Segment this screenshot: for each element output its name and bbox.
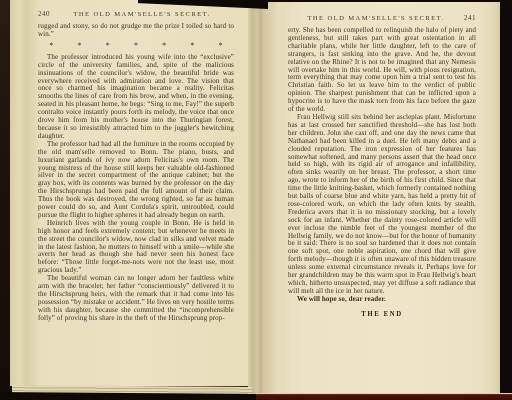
left-page-number: 240 xyxy=(38,10,50,18)
left-page-body: rugged and stony, so do not grudge me th… xyxy=(38,23,234,323)
bottom-cover-edge xyxy=(256,393,512,400)
right-page: THE OLD MAM'SELLE'S SECRET. 241 erty. Sh… xyxy=(266,2,500,394)
the-end-label: THE END xyxy=(288,311,476,319)
book-scan: 240 THE OLD MAM'SELLE'S SECRET. rugged a… xyxy=(0,0,512,400)
right-page-header: THE OLD MAM'SELLE'S SECRET. 241 xyxy=(288,14,476,22)
paragraph: Frau Hellwig still sits behind her ascle… xyxy=(288,114,476,296)
paragraph: Heinrich lives with the young couple in … xyxy=(38,220,234,275)
page-gutter xyxy=(248,0,266,394)
bottom-page-edges xyxy=(12,385,252,394)
right-page-body: erty. She has been compelled to relinqui… xyxy=(288,27,476,319)
closing-line: We will hope so, dear reader. xyxy=(288,296,476,304)
paragraph: The professor had had all the furniture … xyxy=(38,141,234,220)
section-divider: * * * * * * * xyxy=(38,41,234,51)
right-page-number: 241 xyxy=(464,14,476,22)
paragraph: The beautiful woman can no longer adorn … xyxy=(38,275,234,322)
paragraph: erty. She has been compelled to relinqui… xyxy=(288,27,476,114)
left-running-title: THE OLD MAM'SELLE'S SECRET. xyxy=(50,11,234,18)
paragraph: rugged and stony, so do not grudge me th… xyxy=(38,23,234,39)
book-spine-edge xyxy=(0,0,10,392)
right-running-title: THE OLD MAM'SELLE'S SECRET. xyxy=(288,15,464,22)
left-page-header: 240 THE OLD MAM'SELLE'S SECRET. xyxy=(38,10,234,18)
paragraph: The professor introduced his young wife … xyxy=(38,54,234,141)
left-page: 240 THE OLD MAM'SELLE'S SECRET. rugged a… xyxy=(10,0,248,386)
